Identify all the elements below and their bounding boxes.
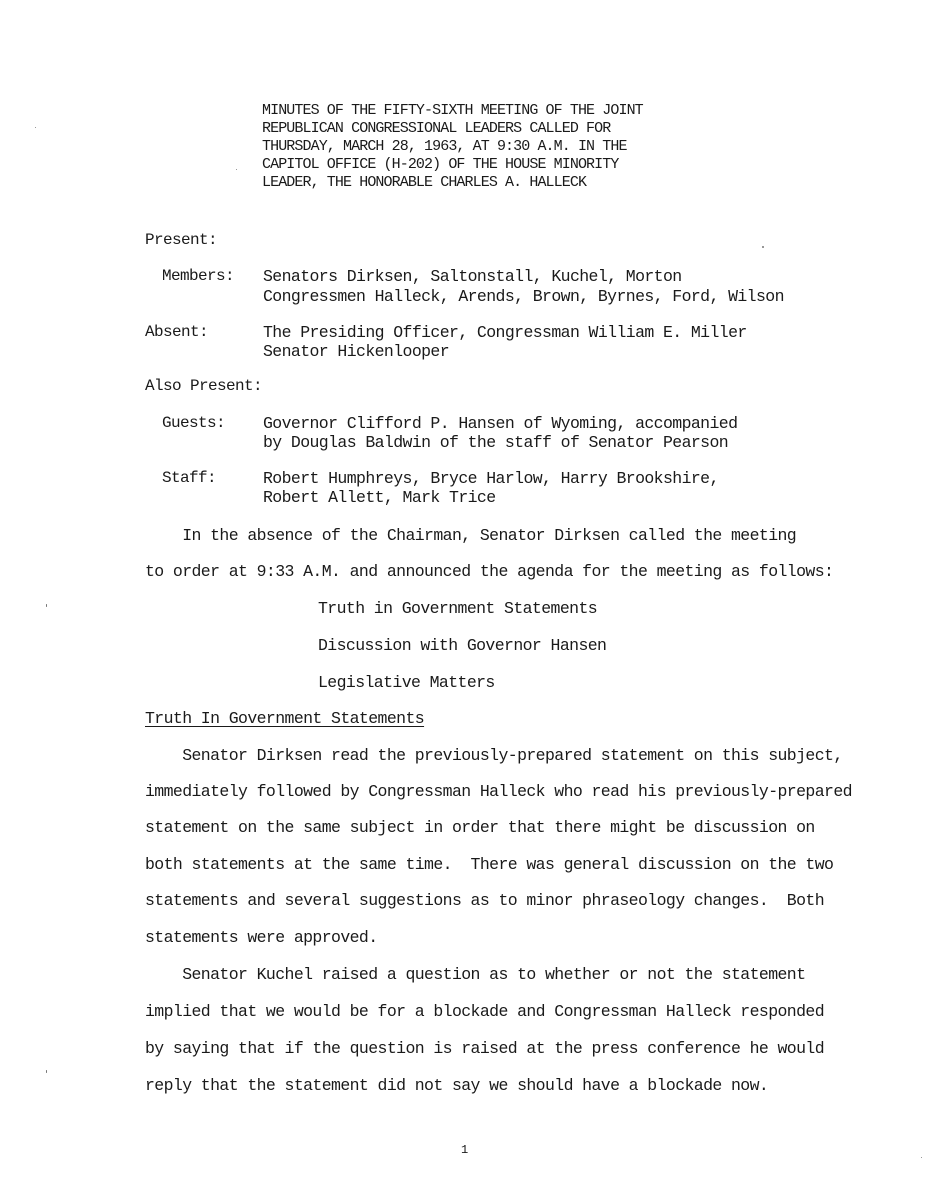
members-line: Senators Dirksen, Saltonstall, Kuchel, M… bbox=[263, 267, 682, 286]
title-line: THURSDAY, MARCH 28, 1963, AT 9:30 A.M. I… bbox=[262, 138, 627, 155]
scan-speck bbox=[921, 1157, 922, 1158]
section-heading: Truth In Government Statements bbox=[145, 709, 424, 728]
staff-line: Robert Allett, Mark Trice bbox=[263, 488, 496, 507]
body-line: reply that the statement did not say we … bbox=[145, 1076, 768, 1095]
body-line: by saying that if the question is raised… bbox=[145, 1039, 824, 1058]
title-line: MINUTES OF THE FIFTY-SIXTH MEETING OF TH… bbox=[262, 102, 643, 119]
guests-line: by Douglas Baldwin of the staff of Senat… bbox=[263, 433, 728, 452]
title-line: CAPITOL OFFICE (H-202) OF THE HOUSE MINO… bbox=[262, 156, 618, 173]
agenda-item: Truth in Government Statements bbox=[318, 599, 597, 618]
present-label: Present: bbox=[145, 231, 217, 249]
body-line: both statements at the same time. There … bbox=[145, 855, 833, 874]
body-line: Senator Kuchel raised a question as to w… bbox=[145, 965, 805, 984]
agenda-item: Discussion with Governor Hansen bbox=[318, 636, 606, 655]
guests-line: Governor Clifford P. Hansen of Wyoming, … bbox=[263, 414, 737, 433]
title-line: LEADER, THE HONORABLE CHARLES A. HALLECK bbox=[262, 174, 586, 191]
title-line: REPUBLICAN CONGRESSIONAL LEADERS CALLED … bbox=[262, 120, 610, 137]
scan-speck bbox=[46, 604, 47, 607]
staff-label: Staff: bbox=[162, 469, 216, 487]
agenda-item: Legislative Matters bbox=[318, 673, 495, 692]
staff-line: Robert Humphreys, Bryce Harlow, Harry Br… bbox=[263, 469, 719, 488]
members-line: Congressmen Halleck, Arends, Brown, Byrn… bbox=[263, 287, 784, 306]
guests-label: Guests: bbox=[162, 414, 225, 432]
body-line: implied that we would be for a blockade … bbox=[145, 1002, 824, 1021]
also-present-label: Also Present: bbox=[145, 377, 262, 395]
body-line: statement on the same subject in order t… bbox=[145, 818, 815, 837]
scan-speck bbox=[35, 127, 36, 128]
page-number: 1 bbox=[461, 1143, 468, 1157]
body-line: statements and several suggestions as to… bbox=[145, 891, 824, 910]
body-line: Senator Dirksen read the previously-prep… bbox=[145, 746, 843, 765]
members-label: Members: bbox=[162, 267, 234, 285]
body-line: to order at 9:33 A.M. and announced the … bbox=[145, 562, 833, 581]
absent-label: Absent: bbox=[145, 323, 208, 341]
scan-speck bbox=[236, 169, 237, 170]
absent-line: The Presiding Officer, Congressman Willi… bbox=[263, 323, 747, 342]
scan-speck bbox=[46, 1070, 47, 1073]
absent-line: Senator Hickenlooper bbox=[263, 342, 449, 361]
scan-speck bbox=[762, 246, 764, 248]
body-line: immediately followed by Congressman Hall… bbox=[145, 782, 852, 801]
body-line: In the absence of the Chairman, Senator … bbox=[145, 526, 796, 545]
body-line: statements were approved. bbox=[145, 928, 378, 947]
